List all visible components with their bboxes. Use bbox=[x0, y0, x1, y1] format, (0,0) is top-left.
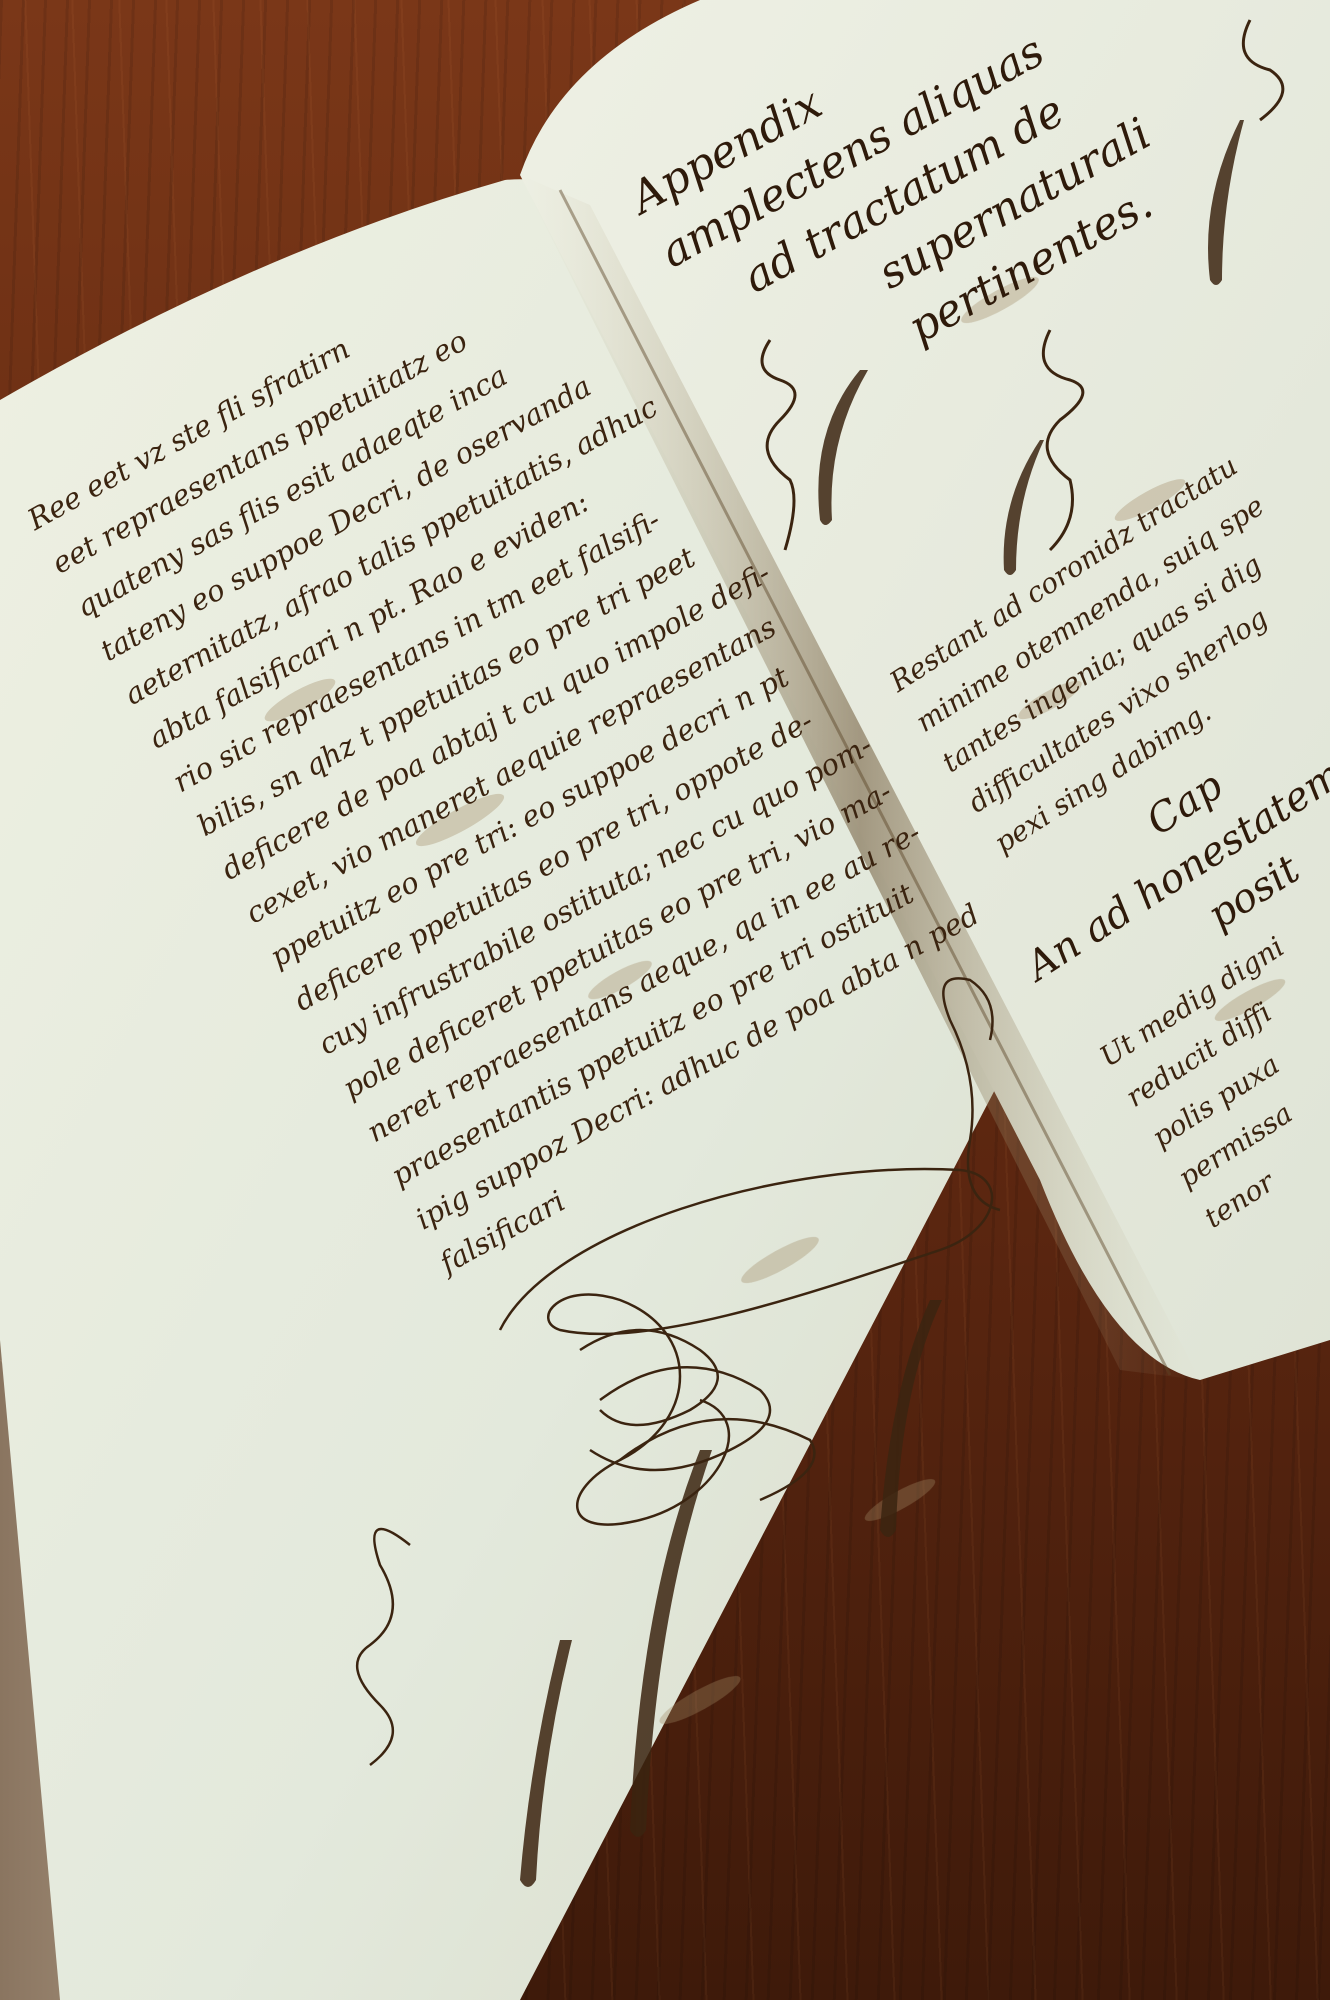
open-manuscript-book: Ree eet vz ste fli sfratirn eet repraese… bbox=[0, 0, 1330, 2000]
book-illustration bbox=[0, 0, 1330, 2000]
